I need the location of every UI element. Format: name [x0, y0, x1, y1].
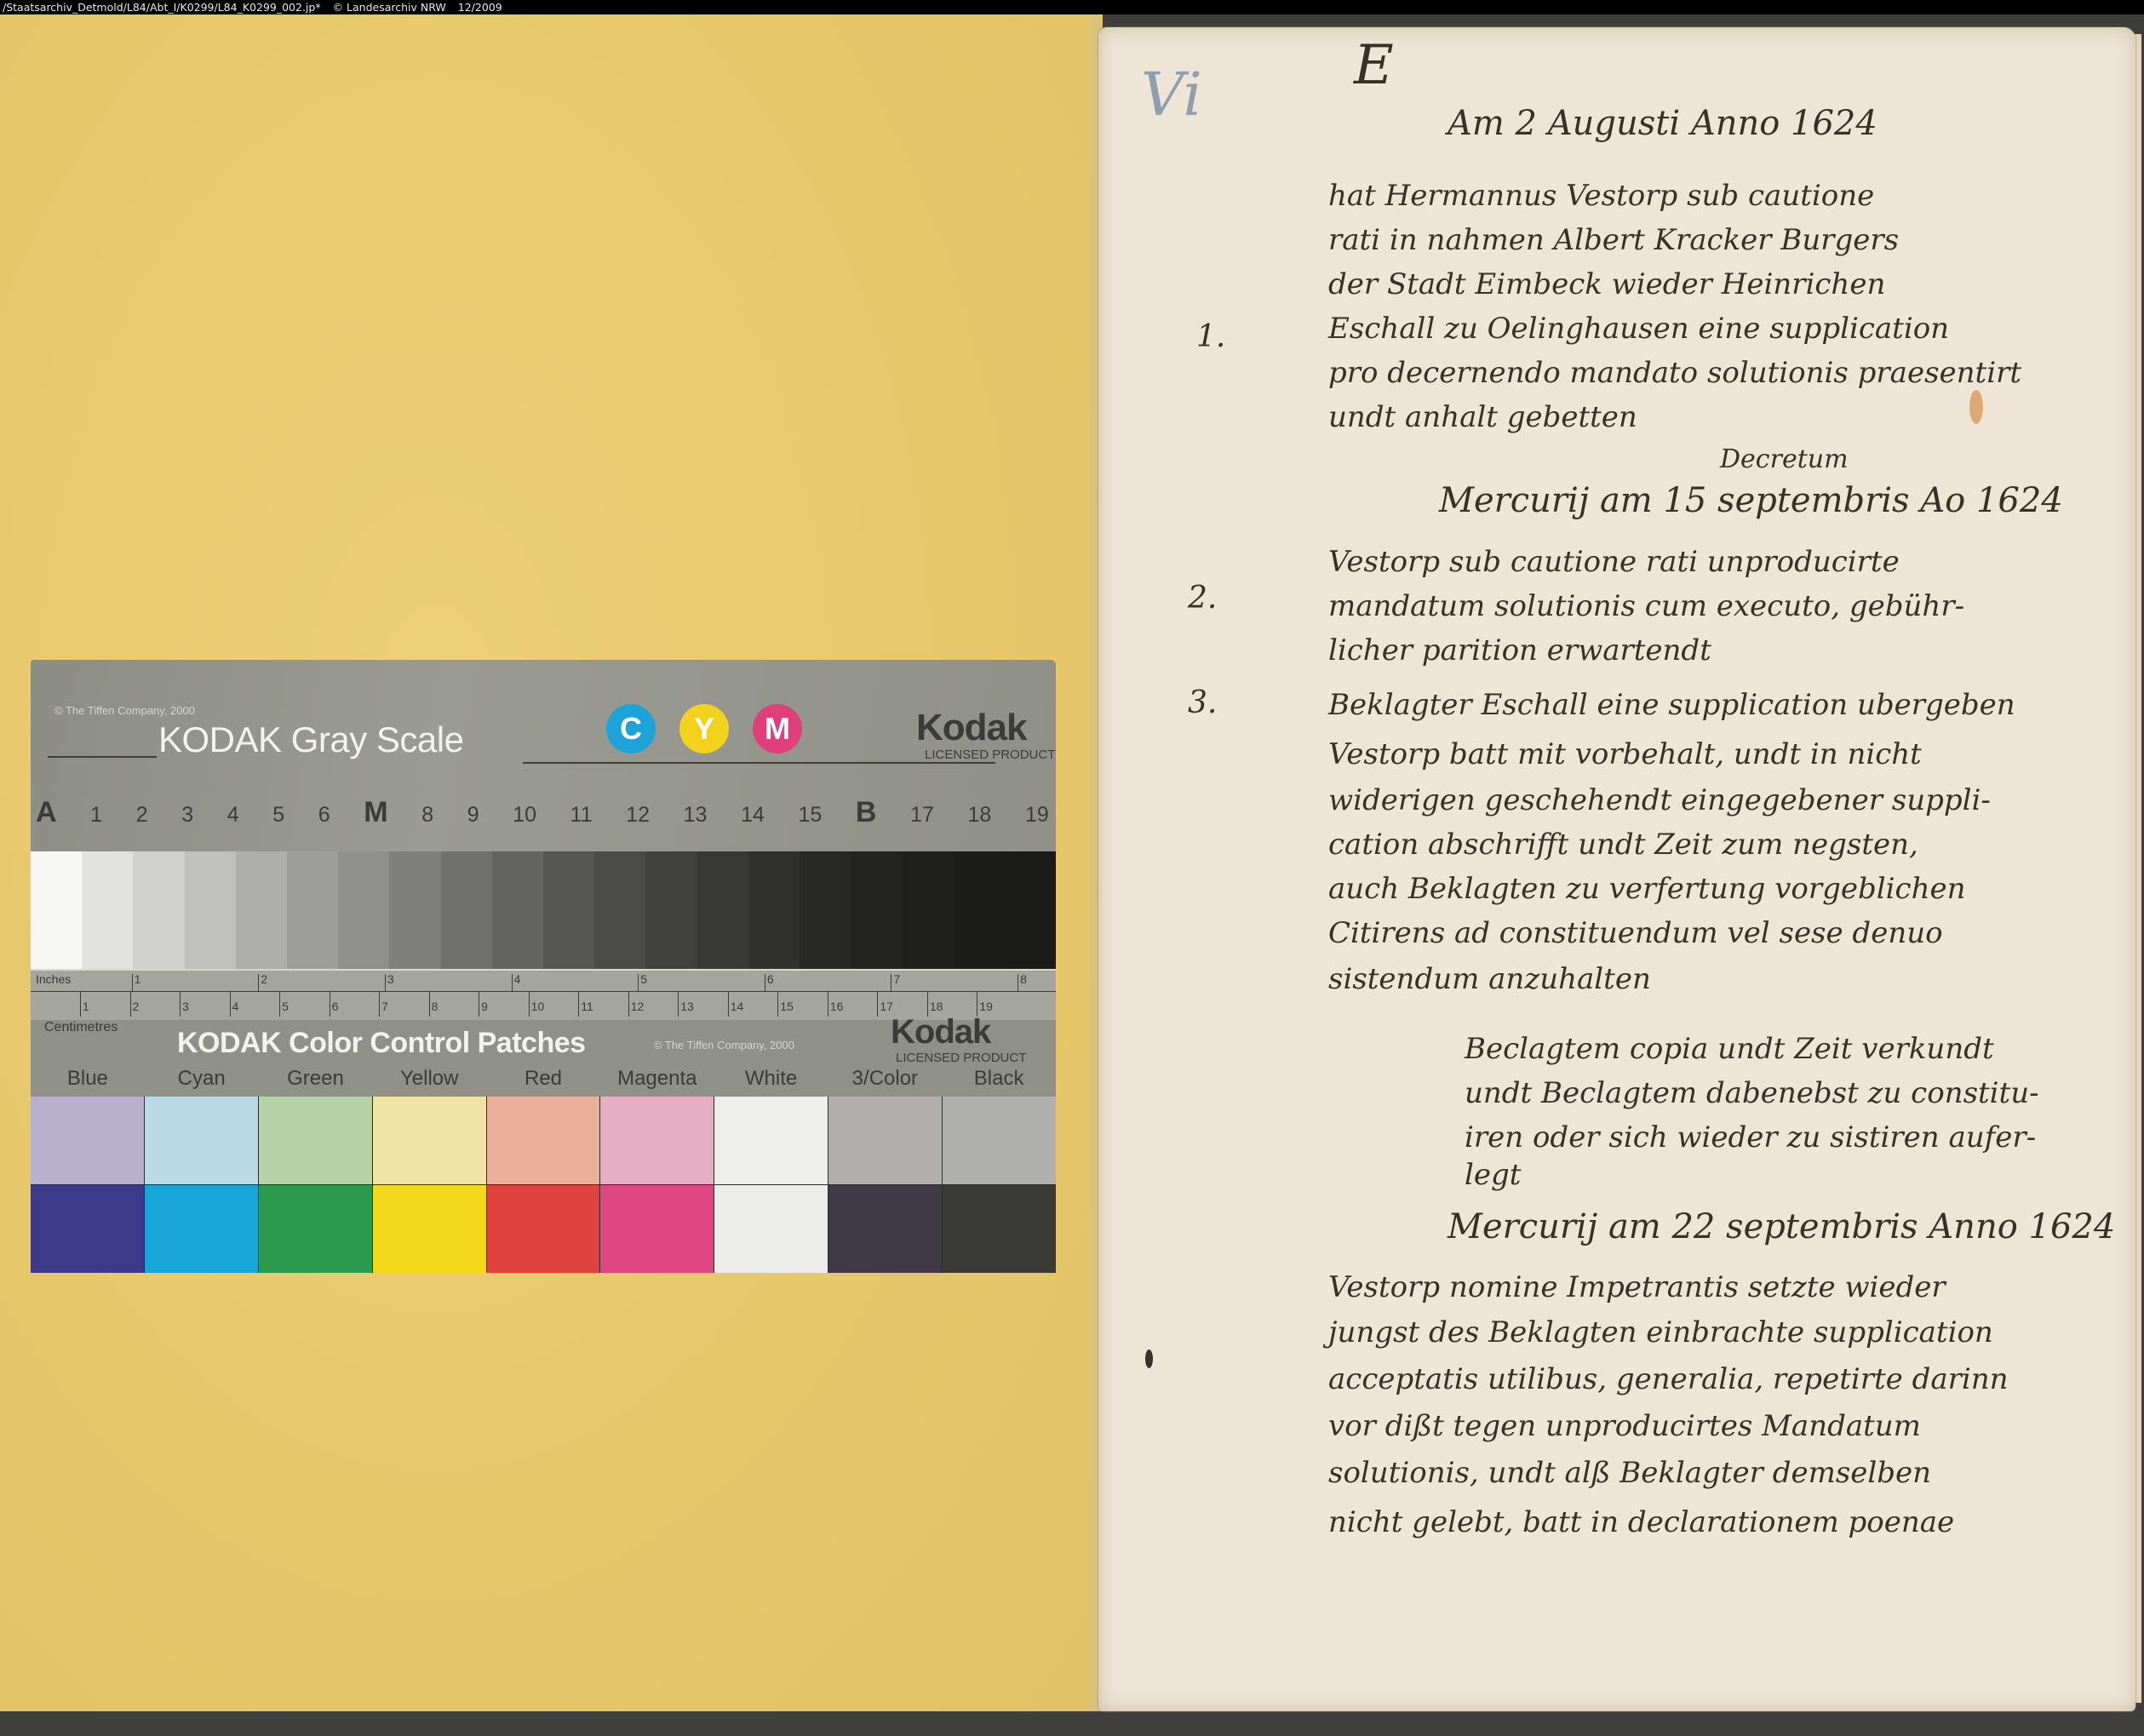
- cyan-dot-icon: C: [606, 704, 656, 753]
- inch-tick: [512, 974, 513, 991]
- manuscript-line: undt Beclagtem dabenebst zu constitu-: [1465, 1076, 2039, 1110]
- inch-tick: [1018, 974, 1018, 991]
- gray-step: [543, 851, 594, 969]
- light-patch: [943, 1097, 1056, 1185]
- manuscript-line: rati in nahmen Albert Kracker Burgers: [1328, 223, 1899, 257]
- manuscript-line: mandatum solutionis cum executo, gebühr-: [1328, 589, 1964, 623]
- patch-yellow: [373, 1097, 487, 1273]
- dark-patch: [145, 1185, 258, 1273]
- scan-date: 12/2009: [458, 1, 502, 14]
- inch-tick: [638, 974, 639, 991]
- inches-label: Inches: [36, 972, 71, 986]
- copyright-label: © Landesarchiv NRW: [333, 1, 446, 14]
- kodak-logo: Kodak: [891, 1013, 990, 1051]
- manuscript-line: Am 2 Augusti Anno 1624: [1447, 104, 1877, 143]
- step-label: 1: [90, 803, 102, 828]
- patch-name: Black: [942, 1067, 1056, 1091]
- step-label: B: [856, 796, 877, 829]
- dark-patch: [828, 1185, 942, 1273]
- manuscript-line: Beclagtem copia undt Zeit verkundt: [1465, 1032, 1994, 1066]
- cm-label: 9: [481, 1000, 488, 1013]
- cm-label: 19: [979, 1000, 993, 1013]
- cm-label: 4: [232, 1000, 239, 1013]
- inch-label: 7: [893, 972, 900, 986]
- manuscript-line: Decretum: [1720, 444, 1849, 474]
- patch-name: Magenta: [600, 1067, 714, 1091]
- color-patches: [31, 1097, 1056, 1273]
- cm-label: 3: [182, 1000, 189, 1013]
- manuscript-line: Eschall zu Oelinghausen eine supplicatio…: [1328, 312, 1949, 346]
- gray-step: [492, 851, 543, 969]
- cm-tick: [279, 991, 280, 1017]
- gray-step: [185, 851, 236, 969]
- ink-blot: [1145, 1349, 1153, 1368]
- licensed-product-label: LICENSED PRODUCT: [925, 748, 1055, 762]
- light-patch: [259, 1097, 372, 1185]
- manuscript-line: Mercurij am 22 septembris Anno 1624: [1447, 1207, 2115, 1246]
- manuscript-line: widerigen geschehendt eingegebener suppl…: [1328, 783, 1991, 817]
- step-label: 13: [684, 803, 708, 828]
- inch-label: 2: [261, 972, 267, 986]
- manuscript-line: auch Beklagten zu verfertung vorgebliche…: [1328, 872, 1966, 906]
- cm-tick: [578, 991, 579, 1017]
- light-patch: [31, 1097, 144, 1185]
- cm-tick: [529, 991, 530, 1017]
- dark-patch: [943, 1185, 1056, 1273]
- manuscript-line: cation abschrifft undt Zeit zum negsten,: [1328, 828, 1918, 862]
- kodak-calibration-card: © The Tiffen Company, 2000 KODAK Gray Sc…: [31, 660, 1056, 1273]
- gray-step: [133, 851, 184, 969]
- tiffen-copyright: © The Tiffen Company, 2000: [654, 1039, 794, 1051]
- patch-3-color: [828, 1097, 943, 1273]
- yellow-dot-icon: Y: [679, 704, 729, 753]
- gray-step: [697, 851, 748, 969]
- tiffen-copyright: © The Tiffen Company, 2000: [54, 704, 195, 717]
- patch-white: [714, 1097, 828, 1273]
- gray-step: [645, 851, 697, 969]
- dark-patch: [259, 1185, 372, 1273]
- cm-label: 14: [731, 1000, 744, 1013]
- step-label: 9: [467, 803, 479, 828]
- cm-tick: [777, 991, 778, 1017]
- kodak-logo: Kodak: [916, 707, 1026, 749]
- cm-label: 8: [432, 1000, 439, 1013]
- patch-names: Blue Cyan Green Yellow Red Magenta White…: [31, 1067, 1056, 1091]
- cm-label: 18: [930, 1000, 943, 1013]
- gray-step: [1005, 851, 1056, 969]
- step-label: 18: [968, 803, 992, 828]
- step-label: 12: [626, 803, 650, 828]
- inch-label: 3: [387, 972, 394, 986]
- inch-label: 6: [767, 972, 774, 986]
- cm-tick: [479, 991, 479, 1017]
- cm-tick: [429, 991, 430, 1017]
- inch-tick: [891, 974, 891, 991]
- cm-label: 7: [381, 1000, 388, 1013]
- manuscript-flourish: E: [1354, 34, 1394, 97]
- manuscript-line: nicht gelebt, batt in declarationem poen…: [1328, 1505, 1954, 1539]
- inch-label: 4: [514, 972, 521, 986]
- margin-number: 2.: [1188, 581, 1217, 616]
- manuscript-line: iren oder sich wieder zu sistiren aufer-: [1465, 1120, 2036, 1154]
- cm-tick: [379, 991, 380, 1017]
- step-label: 14: [741, 803, 765, 828]
- gray-step: [954, 851, 1005, 969]
- inch-tick: [258, 974, 259, 991]
- rust-stain: [1969, 390, 1983, 424]
- step-label: 19: [1025, 803, 1049, 828]
- cm-label: 16: [830, 1000, 844, 1013]
- step-label: 10: [513, 803, 536, 828]
- dark-patch: [600, 1185, 714, 1273]
- step-label: 3: [181, 803, 193, 828]
- gray-step: [800, 851, 851, 969]
- gray-scale-steps: [31, 851, 1056, 969]
- gray-step: [236, 851, 287, 969]
- gray-step: [748, 851, 800, 969]
- manuscript-line: Beklagter Eschall eine supplication uber…: [1328, 688, 2015, 722]
- light-patch: [714, 1097, 828, 1185]
- cm-tick: [628, 991, 629, 1017]
- gray-step: [31, 851, 82, 969]
- cm-tick: [230, 991, 231, 1017]
- manuscript-line: Vestorp sub cautione rati unproducirte: [1328, 545, 1900, 579]
- inch-label: 1: [135, 972, 141, 986]
- patch-name: White: [714, 1067, 828, 1091]
- cm-label: 2: [133, 1000, 140, 1013]
- archive-path-bar: /Staatsarchiv_Detmold/L84/Abt_I/K0299/L8…: [0, 0, 2144, 14]
- light-patch: [145, 1097, 258, 1185]
- pencil-annotation: Vi: [1141, 60, 1202, 129]
- dark-patch: [31, 1185, 144, 1273]
- manuscript-line: acceptatis utilibus, generalia, repetirt…: [1328, 1362, 2009, 1396]
- margin-number: 1.: [1196, 319, 1225, 354]
- manuscript-line: pro decernendo mandato solutionis praese…: [1328, 356, 2021, 390]
- cm-label: 10: [531, 1000, 545, 1013]
- manuscript-line: solutionis, undt alß Beklagter demselben: [1328, 1456, 1931, 1490]
- patch-black: [943, 1097, 1056, 1273]
- patch-name: Green: [259, 1067, 373, 1091]
- gray-step: [287, 851, 338, 969]
- manuscript-line: Vestorp nomine Impetrantis setzte wieder: [1328, 1270, 1946, 1304]
- ruler-baseline: [31, 991, 1056, 992]
- manuscript-line: Vestorp batt mit vorbehalt, undt in nich…: [1328, 737, 1922, 771]
- gray-scale-step-labels: A 1 2 3 4 5 6 M 8 9 10 11 12 13 14 15 B …: [36, 796, 1049, 830]
- light-patch: [373, 1097, 486, 1185]
- file-path: /Staatsarchiv_Detmold/L84/Abt_I/K0299/L8…: [3, 1, 321, 14]
- cm-label: 6: [332, 1000, 339, 1013]
- step-label: 17: [910, 803, 934, 828]
- cm-label: 17: [880, 1000, 893, 1013]
- cm-label: 12: [631, 1000, 645, 1013]
- step-label: M: [364, 796, 387, 829]
- manuscript-line: undt anhalt gebetten: [1328, 400, 1637, 434]
- manuscript-line: Citirens ad constituendum vel sese denuo: [1328, 916, 1943, 950]
- color-patches-header: Centimetres KODAK Color Control Patches …: [31, 1020, 1056, 1097]
- cm-tick: [330, 991, 330, 1017]
- patch-green: [259, 1097, 373, 1273]
- step-label: 4: [227, 803, 239, 828]
- inch-label: 5: [640, 972, 647, 986]
- manuscript-line: hat Hermannus Vestorp sub cautione: [1328, 179, 1874, 213]
- cm-label: 13: [680, 1000, 694, 1013]
- cm-label: 11: [581, 1000, 593, 1013]
- cm-tick: [877, 991, 878, 1017]
- patch-name: Blue: [31, 1067, 145, 1091]
- manuscript-line: jungst des Beklagten einbrachte supplica…: [1328, 1315, 1993, 1349]
- step-label: 15: [798, 803, 822, 828]
- cm-tick: [728, 991, 729, 1017]
- gray-step: [389, 851, 440, 969]
- light-patch: [487, 1097, 600, 1185]
- licensed-product-label: LICENSED PRODUCT: [896, 1051, 1026, 1065]
- cm-label: 1: [83, 1000, 89, 1013]
- manuscript-line: Mercurij am 15 septembris Ao 1624: [1439, 481, 2063, 520]
- patch-red: [487, 1097, 601, 1273]
- cm-label: 15: [780, 1000, 794, 1013]
- inch-tick: [385, 974, 386, 991]
- patch-blue: [31, 1097, 145, 1273]
- patch-name: Cyan: [145, 1067, 259, 1091]
- step-label: 5: [272, 803, 284, 828]
- manuscript-line: vor dißt tegen unproducirtes Mandatum: [1328, 1409, 1921, 1443]
- step-label: 11: [570, 803, 593, 828]
- dark-patch: [487, 1185, 600, 1273]
- dark-patch: [714, 1185, 828, 1273]
- gray-step: [441, 851, 492, 969]
- step-label: 6: [318, 803, 330, 828]
- color-patches-title: KODAK Color Control Patches: [177, 1027, 586, 1060]
- manuscript-line: licher parition erwartendt: [1328, 633, 1711, 667]
- patch-name: Red: [486, 1067, 600, 1091]
- inch-label: 8: [1020, 972, 1027, 986]
- patch-cyan: [145, 1097, 259, 1273]
- step-label: 2: [136, 803, 148, 828]
- scanner-background: [0, 1711, 2144, 1736]
- divider-line: [523, 762, 995, 764]
- cm-label: 5: [282, 1000, 289, 1013]
- magenta-dot-icon: M: [753, 704, 802, 753]
- patch-name: Yellow: [372, 1067, 486, 1091]
- cm-tick: [180, 991, 181, 1017]
- cm-tick: [80, 991, 81, 1017]
- cm-tick: [130, 991, 131, 1017]
- manuscript-line: sistendum anzuhalten: [1328, 962, 1651, 996]
- step-label: A: [36, 796, 57, 829]
- manuscript-line: der Stadt Eimbeck wieder Heinrichen: [1328, 267, 1885, 301]
- gray-step: [82, 851, 133, 969]
- cm-tick: [678, 991, 679, 1017]
- light-patch: [828, 1097, 942, 1185]
- centimetres-label: Centimetres: [44, 1020, 118, 1035]
- gray-scale-header: © The Tiffen Company, 2000 KODAK Gray Sc…: [31, 660, 1056, 851]
- gray-step: [902, 851, 953, 969]
- divider-line: [48, 756, 157, 758]
- margin-number: 3.: [1188, 685, 1217, 720]
- gray-scale-title: KODAK Gray Scale: [158, 719, 463, 760]
- manuscript-line: legt: [1465, 1158, 1521, 1192]
- gray-step: [338, 851, 389, 969]
- dark-patch: [373, 1185, 486, 1273]
- patch-magenta: [600, 1097, 714, 1273]
- step-label: 8: [421, 803, 433, 828]
- patch-name: 3/Color: [828, 1067, 942, 1091]
- inch-tick: [765, 974, 765, 991]
- light-patch: [600, 1097, 714, 1185]
- gray-step: [594, 851, 645, 969]
- inch-tick: [132, 974, 133, 991]
- gray-step: [851, 851, 902, 969]
- cm-tick: [828, 991, 828, 1017]
